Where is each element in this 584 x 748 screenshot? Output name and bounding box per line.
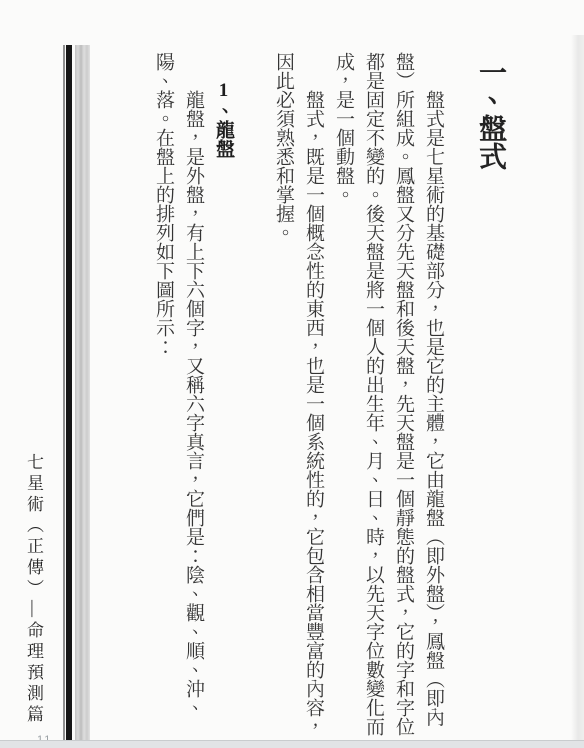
book-margin-title: 七星術（正傳）—命理預測篇 — [21, 453, 45, 743]
spine-gray-bar — [75, 45, 90, 740]
paragraph-2: 盤式，既是一個概念性的東西，也是一個系統性的，它包含相當豐富的內容，因此必須熟悉… — [268, 52, 328, 744]
spine-thin-line — [63, 45, 65, 740]
scanned-book-page: 一、盤式 盤式是七星術的基礎部分，也是它的主體，它由龍盤（即外盤），鳳盤（即內盤… — [0, 0, 584, 748]
spine-black-bar — [66, 45, 72, 740]
paragraph-1: 盤式是七星術的基礎部分，也是它的主體，它由龍盤（即外盤），鳳盤（即內盤）所組成。… — [328, 52, 448, 744]
section-title: 一、盤式 — [467, 52, 513, 744]
scan-bottom-edge — [0, 740, 584, 748]
paragraph-3: 龍盤，是外盤，有上下六個字，又稱六字真言，它們是：陰、觀、順、沖、陽、落。在盤上… — [148, 52, 208, 744]
spine-decoration — [0, 45, 110, 740]
page-content: 一、盤式 盤式是七星術的基礎部分，也是它的主體，它由龍盤（即外盤），鳳盤（即內盤… — [148, 52, 513, 744]
page-edge-shadow — [571, 35, 584, 740]
subsection-heading: 1、龍盤 — [208, 52, 238, 744]
